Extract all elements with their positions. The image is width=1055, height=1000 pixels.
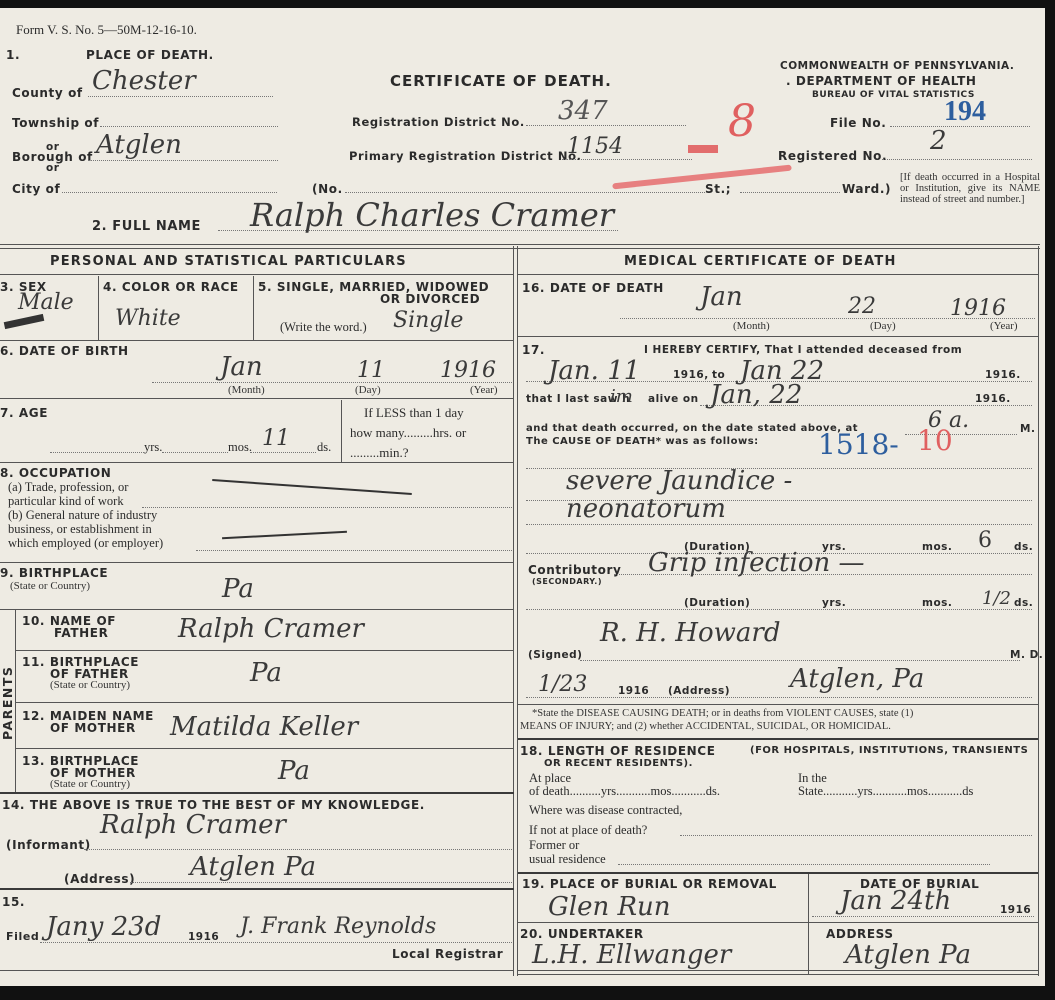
dob-year-caption: (Year) <box>470 384 498 396</box>
city-label: City of <box>12 182 60 196</box>
red-strike-mark <box>688 145 718 153</box>
cause-code-stamp-red: 10 <box>917 424 953 457</box>
no-label: (No. <box>312 182 343 196</box>
signed-date[interactable]: 1/23 <box>538 672 587 697</box>
birthplace-caption: (State or Country) <box>10 580 90 592</box>
attended-from-year: 1916, <box>673 369 709 381</box>
cause-code-stamp-blue: 1518- <box>818 428 899 461</box>
dob-month[interactable]: Jan <box>220 352 263 382</box>
age-ds-label: ds. <box>317 440 331 455</box>
or-label-2: or <box>46 162 59 174</box>
hospital-note: [If death occurred in a Hospital or Inst… <box>900 172 1040 205</box>
medical-section-heading: MEDICAL CERTIFICATE OF DEATH <box>624 254 897 269</box>
marital-write-caption: (Write the word.) <box>280 320 367 335</box>
cause-text: The CAUSE OF DEATH* was as follows: <box>526 436 759 447</box>
signer-address-value[interactable]: Atglen, Pa <box>790 664 924 694</box>
footnote-line-1: *State the DISEASE CAUSING DEATH; or in … <box>532 708 913 719</box>
father-name-label-2: FATHER <box>54 626 108 640</box>
secondary-label: (SECONDARY.) <box>532 577 602 586</box>
form-number: Form V. S. No. 5—50M-12-16-10. <box>16 22 197 38</box>
dob-month-caption: (Month) <box>228 384 265 396</box>
footnote-line-2: MEANS OF INJURY; and (2) whether ACCIDEN… <box>520 721 891 732</box>
duration-ds-primary: ds. <box>1012 541 1035 553</box>
dod-month[interactable]: Jan <box>700 282 743 312</box>
place-of-death-number: 1. <box>6 48 20 62</box>
duration-ds-secondary: ds. <box>1012 597 1035 609</box>
marital-value[interactable]: Single <box>393 308 463 333</box>
burial-place-value[interactable]: Glen Run <box>548 892 671 922</box>
undertaker-value[interactable]: L.H. Ellwanger <box>532 940 731 970</box>
residence-label-2: (FOR HOSPITALS, INSTITUTIONS, TRANSIENTS <box>750 745 1028 756</box>
ward-label: Ward.) <box>842 182 891 196</box>
last-saw-date[interactable]: Jan, 22 <box>710 380 802 410</box>
signer-signature[interactable]: R. H. Howard <box>600 618 780 648</box>
mother-birthplace-caption: (State or Country) <box>50 778 130 790</box>
mother-maiden-label-2: OF MOTHER <box>50 721 136 735</box>
age-mos-label: mos. <box>228 440 252 455</box>
filed-date[interactable]: Jany 23d <box>46 912 161 942</box>
dob-day[interactable]: 11 <box>357 358 385 383</box>
signed-label: (Signed) <box>528 649 582 661</box>
primary-district-correction: 8 <box>728 96 756 147</box>
occupation-b-1: (b) General nature of industry <box>8 508 157 523</box>
birthplace-value[interactable]: Pa <box>222 574 254 604</box>
less-than-day-2: how many.........hrs. or <box>350 425 466 441</box>
md-label: M. D. <box>1010 649 1043 661</box>
township-label: Township of <box>12 116 99 130</box>
signed-year: 1916 <box>618 685 649 697</box>
undertaker-address-value[interactable]: Atglen Pa <box>845 940 971 970</box>
mother-maiden-value[interactable]: Matilda Keller <box>170 712 358 742</box>
filed-year: 1916 <box>188 931 219 943</box>
last-saw-text-2: alive on <box>648 393 699 405</box>
in-state-line-2: State...........yrs...........mos.......… <box>798 784 973 799</box>
attended-to-year: 1916. <box>985 369 1021 381</box>
residence-label-3: OR RECENT RESIDENTS). <box>544 758 693 769</box>
dod-day-caption: (Day) <box>870 320 896 332</box>
file-number-stamp: 194 <box>944 96 986 128</box>
dod-year-caption: (Year) <box>990 320 1018 332</box>
father-birthplace-value[interactable]: Pa <box>250 658 282 688</box>
secondary-duration-days[interactable]: 1/2 <box>982 588 1011 609</box>
at-place-line-2: of death..........yrs...........mos.....… <box>529 784 720 799</box>
less-than-day-1: If LESS than 1 day <box>364 405 464 421</box>
contributory-label: Contributory <box>528 563 621 577</box>
age-label: 7. AGE <box>0 406 48 420</box>
contributory-value[interactable]: Grip infection — <box>648 548 864 578</box>
registrar-signature[interactable]: J. Frank Reynolds <box>240 914 436 939</box>
registered-no-label: Registered No. <box>778 149 887 163</box>
burial-date-value[interactable]: Jan 24th <box>840 886 951 916</box>
place-of-death-heading: PLACE OF DEATH. <box>86 48 214 62</box>
full-name-label: 2. FULL NAME <box>92 219 201 234</box>
occupation-b-3: which employed (or employer) <box>8 536 163 551</box>
informant-label: (Informant) <box>6 838 91 852</box>
authority-line-1: COMMONWEALTH OF PENNSYLVANIA. <box>780 60 1014 72</box>
father-birthplace-caption: (State or Country) <box>50 679 130 691</box>
race-label: 4. COLOR OR RACE <box>103 280 239 294</box>
certificate-title: CERTIFICATE OF DEATH. <box>390 72 612 90</box>
informant-address-value[interactable]: Atglen Pa <box>190 852 316 882</box>
occupation-a-2: particular kind of work <box>8 494 124 509</box>
primary-district-label: Primary Registration District No. <box>349 149 582 163</box>
informant-address-label: (Address) <box>64 872 135 886</box>
occupation-label: 8. OCCUPATION <box>0 466 111 480</box>
dob-label: 6. DATE OF BIRTH <box>0 344 129 358</box>
undertaker-address-label: ADDRESS <box>826 927 894 941</box>
marital-label-2: OR DIVORCED <box>380 292 480 306</box>
county-label: County of <box>12 86 83 100</box>
dod-year[interactable]: 1916 <box>950 296 1006 321</box>
dob-year[interactable]: 1916 <box>440 358 496 383</box>
mother-birthplace-value[interactable]: Pa <box>278 756 310 786</box>
occupation-a-1: (a) Trade, profession, or <box>8 480 128 495</box>
undertaker-label: 20. UNDERTAKER <box>520 927 644 941</box>
full-name-value[interactable]: Ralph Charles Cramer <box>250 196 614 234</box>
registration-district-label: Registration District No. <box>352 115 525 129</box>
dod-label: 16. DATE OF DEATH <box>522 281 664 295</box>
age-yrs-label: yrs. <box>144 440 162 455</box>
death-time-suffix: M. <box>1020 423 1035 435</box>
sex-value[interactable]: Male <box>18 290 74 315</box>
birthplace-label: 9. BIRTHPLACE <box>0 566 108 580</box>
st-label: St.; <box>705 182 731 196</box>
registrar-label: Local Registrar <box>392 947 503 961</box>
cause-line-2[interactable]: neonatorum <box>566 494 726 524</box>
cause-line-1[interactable]: severe Jaundice - <box>566 466 792 496</box>
contracted-line-2: If not at place of death? <box>529 823 647 838</box>
death-time-text: and that death occurred, on the date sta… <box>526 423 858 434</box>
registration-district-value[interactable]: 347 <box>558 96 608 126</box>
dod-month-caption: (Month) <box>733 320 770 332</box>
filed-section-number: 15. <box>2 895 25 909</box>
primary-duration-days[interactable]: 6 <box>978 528 992 553</box>
registered-no-value[interactable]: 2 <box>930 126 947 156</box>
authority-line-2: . DEPARTMENT OF HEALTH <box>786 74 977 88</box>
occupation-b-2: business, or establishment in <box>8 522 152 537</box>
duration-yrs-secondary: yrs. <box>820 597 848 609</box>
dob-day-caption: (Day) <box>355 384 381 396</box>
burial-year: 1916 <box>1000 904 1031 916</box>
file-no-label: File No. <box>830 116 886 130</box>
residence-label-1: 18. LENGTH OF RESIDENCE <box>520 744 716 758</box>
county-value[interactable]: Chester <box>92 66 196 96</box>
filed-label: Filed <box>6 930 39 943</box>
certify-text: I HEREBY CERTIFY, That I attended deceas… <box>644 344 962 356</box>
primary-district-value[interactable]: 1154 <box>567 134 623 159</box>
age-days-value[interactable]: 11 <box>262 426 290 451</box>
former-line-1: Former or <box>529 838 579 853</box>
father-name-value[interactable]: Ralph Cramer <box>178 614 364 644</box>
attended-from[interactable]: Jan. 11 <box>548 356 640 386</box>
certify-number: 17. <box>522 343 545 357</box>
borough-value[interactable]: Atglen <box>96 130 182 160</box>
last-saw-year: 1916. <box>975 393 1011 405</box>
former-line-2: usual residence <box>529 852 606 867</box>
last-saw-pronoun[interactable]: im <box>610 386 633 407</box>
race-value[interactable]: White <box>115 306 181 331</box>
personal-section-heading: PERSONAL AND STATISTICAL PARTICULARS <box>50 254 407 269</box>
informant-value[interactable]: Ralph Cramer <box>100 810 286 840</box>
duration-label-secondary: (Duration) <box>682 597 752 609</box>
duration-mos-primary: mos. <box>920 541 954 553</box>
contracted-line-1: Where was disease contracted, <box>529 803 682 818</box>
signer-address-label: (Address) <box>668 685 730 697</box>
duration-mos-secondary: mos. <box>920 597 954 609</box>
dod-day[interactable]: 22 <box>848 294 876 319</box>
parents-vertical-label: PARENTS <box>0 666 15 740</box>
burial-place-label: 19. PLACE OF BURIAL OR REMOVAL <box>522 877 777 891</box>
less-than-day-3: .........min.? <box>350 445 409 461</box>
